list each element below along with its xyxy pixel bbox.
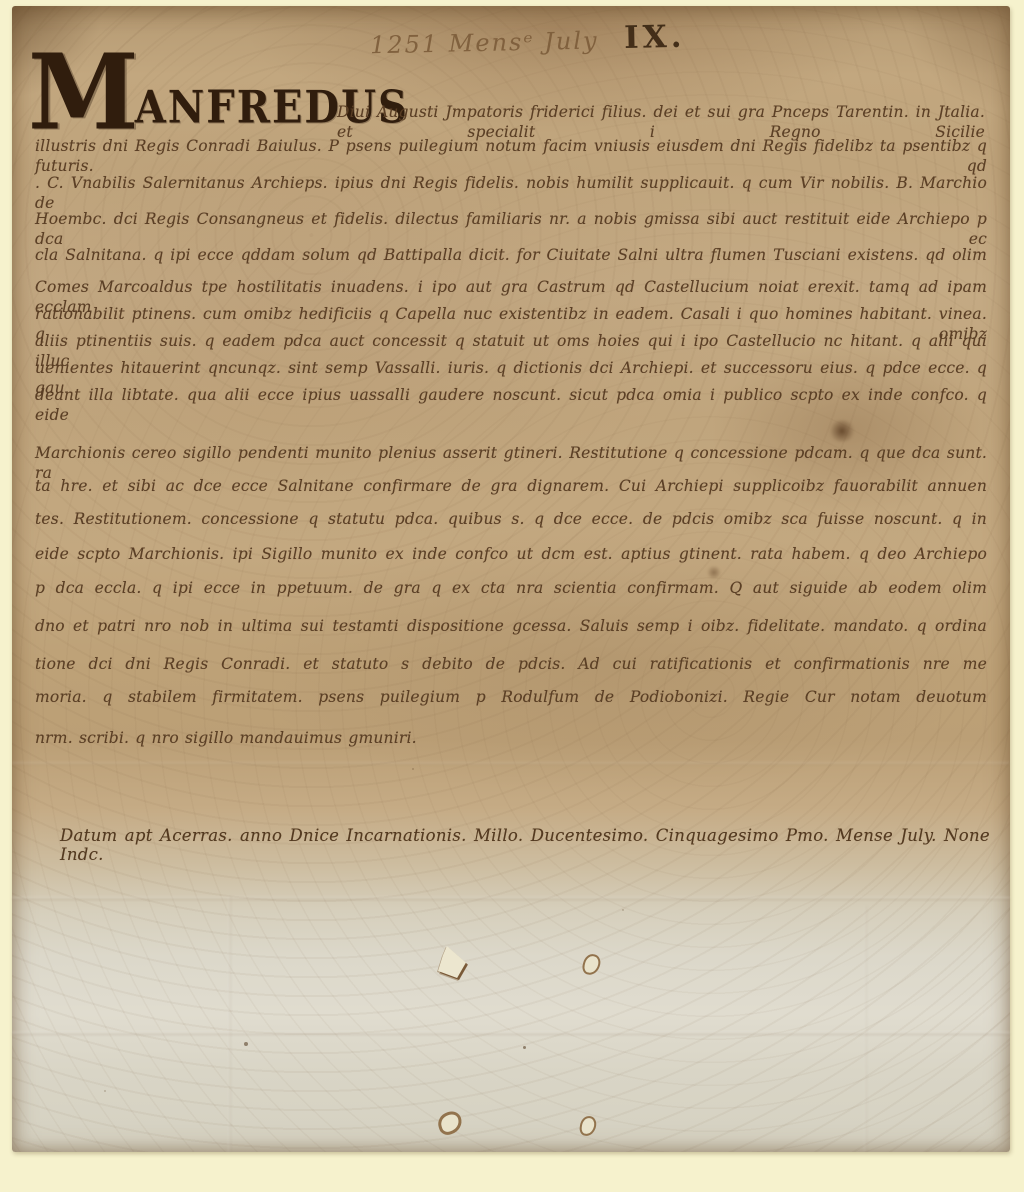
manuscript-line: ta hre. et sibi ac dce ecce Salnitane co… xyxy=(35,476,987,496)
manuscript-line: deant illa libtate. qua alii ecce ipius … xyxy=(35,385,987,425)
manuscript-line: tione dci dni Regis Conradi. et statuto … xyxy=(35,654,987,674)
manuscript-line: p dca eccla. q ipi ecce in ppetuum. de g… xyxy=(35,578,987,598)
manuscript-body: Diui Augusti Jmpatoris friderici filius.… xyxy=(35,6,987,1152)
seal-cord-hole-cut xyxy=(436,946,470,978)
fold-crease-faint xyxy=(12,762,1010,765)
manuscript-line: eide scpto Marchionis. ipi Sigillo munit… xyxy=(35,544,987,564)
ink-blotch xyxy=(828,420,856,442)
fold-crease-vertical-left xyxy=(228,896,231,1152)
parchment-charter: 1251 Mensᵉ July IX. MANFREDUS Diui Augus… xyxy=(12,6,1010,1152)
manuscript-line: dno et patri nro nob in ultima sui testa… xyxy=(35,616,987,636)
parchment-speck xyxy=(622,909,624,911)
photo-backing: 1251 Mensᵉ July IX. MANFREDUS Diui Augus… xyxy=(0,0,1024,1192)
parchment-speck xyxy=(100,336,103,339)
parchment-speck xyxy=(412,768,414,770)
fold-crease-upper xyxy=(12,897,1010,900)
parchment-speck xyxy=(970,626,973,629)
parchment-speck xyxy=(523,1046,526,1049)
datum-line: Datum apt Acerras. anno Dnice Incarnatio… xyxy=(60,826,990,864)
manuscript-line: nrm. scribi. q nro sigillo mandauimus gm… xyxy=(35,728,987,748)
manuscript-line: tes. Restitutionem. concessione q statut… xyxy=(35,509,987,529)
ink-blotch-small xyxy=(706,566,722,579)
fold-crease-vertical-right xyxy=(864,906,867,1152)
manuscript-line: Hoembc. dci Regis Consangneus et fidelis… xyxy=(35,209,987,249)
manuscript-line: illustris dni Regis Conradi Baiulus. P p… xyxy=(35,136,987,176)
manuscript-line: moria. q stabilem firmitatem. psens puil… xyxy=(35,687,987,707)
manuscript-line: cla Salnitana. q ipi ecce qddam solum qd… xyxy=(35,245,987,265)
manuscript-line: . C. Vnabilis Salernitanus Archieps. ipi… xyxy=(35,173,987,213)
fold-crease-lower xyxy=(12,1032,1010,1035)
seal-cord-hole-upper-left xyxy=(436,946,470,978)
parchment-speck xyxy=(244,1042,248,1046)
parchment-speck xyxy=(104,1090,106,1092)
